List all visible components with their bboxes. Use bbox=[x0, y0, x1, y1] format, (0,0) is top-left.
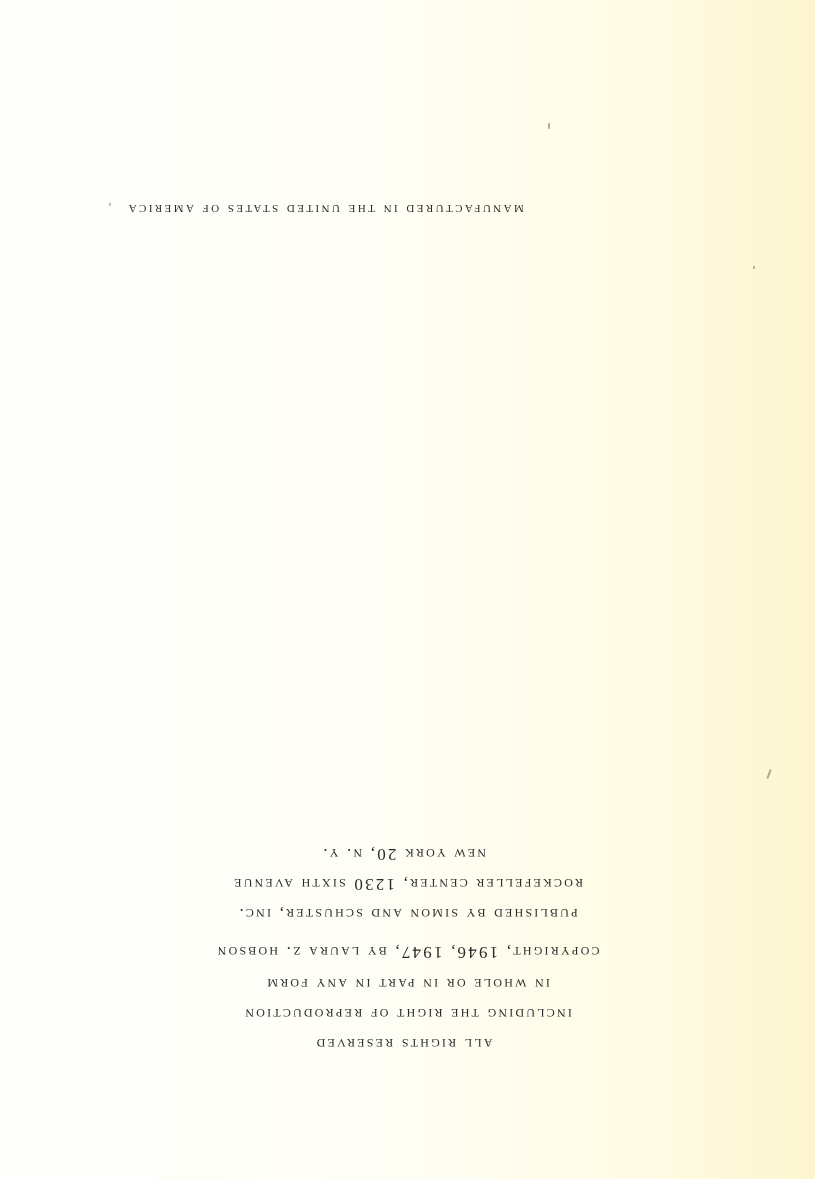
paper-speck bbox=[548, 123, 550, 129]
publisher-city: New York 20, N. Y. bbox=[0, 844, 807, 864]
reproduction-rights: including the right of reproduction bbox=[0, 1004, 815, 1024]
print-mark: ' bbox=[109, 194, 111, 209]
paper-speck bbox=[766, 769, 771, 779]
reproduction-scope: in whole or in part in any form bbox=[0, 974, 815, 994]
paper-speck bbox=[753, 266, 755, 269]
copyright-notice: Copyright, 1946, 1947, by Laura Z. Hobso… bbox=[0, 942, 815, 962]
publisher-address: Rockefeller Center, 1230 Sixth Avenue bbox=[0, 874, 815, 894]
publisher-line: Published by Simon and Schuster, Inc. bbox=[0, 904, 815, 924]
copyright-page: All rights reserved including the right … bbox=[0, 0, 815, 1179]
all-rights-reserved: All rights reserved bbox=[0, 1034, 807, 1054]
manufactured-notice: Manufactured in the United States of Ame… bbox=[0, 200, 650, 218]
